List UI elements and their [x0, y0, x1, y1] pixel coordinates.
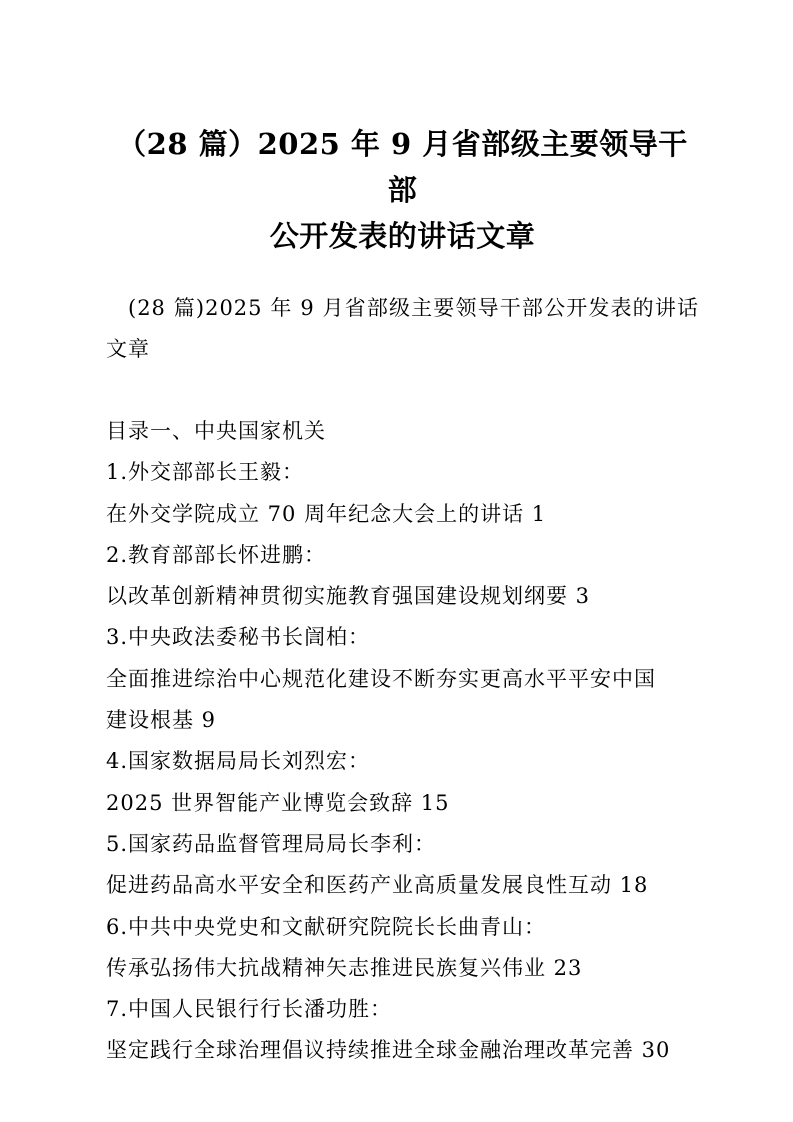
toc-line: 坚定践行全球治理倡议持续推进全球金融治理改革完善 30	[106, 1030, 699, 1071]
title-line-2: 公开发表的讲话文章	[106, 213, 699, 259]
toc-line: 目录一、中央国家机关	[106, 411, 699, 452]
toc-line: 7.中国人民银行行长潘功胜：	[106, 989, 699, 1030]
blank-line	[106, 370, 699, 411]
toc-line: 促进药品高水平安全和医药产业高质量发展良性互动 18	[106, 865, 699, 906]
toc-line: 3.中央政法委秘书长訚柏：	[106, 617, 699, 658]
toc-line: 4.国家数据局局长刘烈宏：	[106, 741, 699, 782]
toc-line: 1.外交部部长王毅：	[106, 452, 699, 493]
toc-line: 6.中共中央党史和文献研究院院长长曲青山：	[106, 907, 699, 948]
toc-line: 以改革创新精神贯彻实施教育强国建设规划纲要 3	[106, 576, 699, 617]
document-page: （28 篇）2025 年 9 月省部级主要领导干部 公开发表的讲话文章 (28 …	[0, 0, 793, 1122]
toc-line: 传承弘扬伟大抗战精神矢志推进民族复兴伟业 23	[106, 948, 699, 989]
toc-line: 建设根基 9	[106, 700, 699, 741]
toc-line: 5.国家药品监督管理局局长李利：	[106, 824, 699, 865]
intro-paragraph: (28 篇)2025 年 9 月省部级主要领导干部公开发表的讲话文章	[106, 288, 699, 370]
document-title: （28 篇）2025 年 9 月省部级主要领导干部 公开发表的讲话文章	[106, 121, 699, 259]
table-of-contents: 目录一、中央国家机关1.外交部部长王毅：在外交学院成立 70 周年纪念大会上的讲…	[106, 411, 699, 1072]
toc-line: 2025 世界智能产业博览会致辞 15	[106, 783, 699, 824]
toc-line: 2.教育部部长怀进鹏：	[106, 535, 699, 576]
toc-line: 全面推进综治中心规范化建设不断夯实更高水平平安中国	[106, 659, 699, 700]
toc-line: 在外交学院成立 70 周年纪念大会上的讲话 1	[106, 494, 699, 535]
title-line-1: （28 篇）2025 年 9 月省部级主要领导干部	[106, 121, 699, 213]
